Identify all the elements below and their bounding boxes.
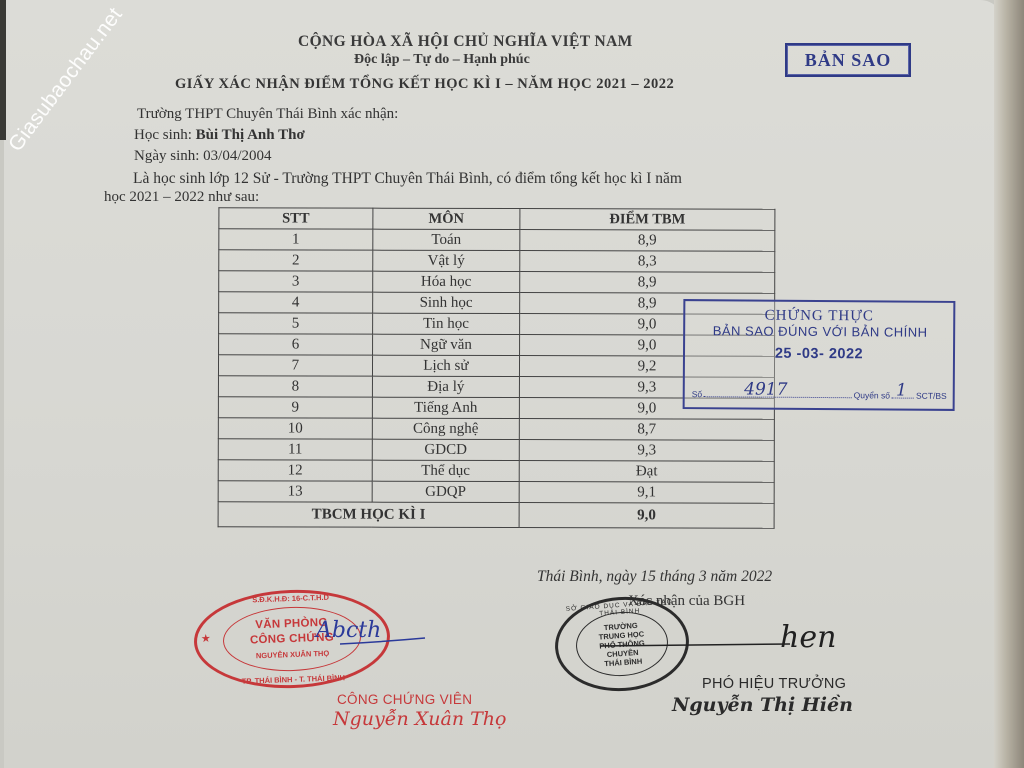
table-row: 1Toán8,9 (219, 229, 775, 251)
cell-stt: 12 (218, 460, 372, 481)
cell-subject: Sinh học (373, 292, 520, 313)
cell-subject: Lịch sử (372, 355, 519, 376)
copy-badge: BẢN SAO (785, 43, 911, 77)
student-line: Học sinh: Bùi Thị Anh Thơ (134, 127, 305, 144)
cell-stt: 6 (219, 334, 373, 355)
place-date: Thái Bình, ngày 15 tháng 3 năm 2022 (537, 568, 772, 586)
certify-date: 25 -03- 2022 (685, 345, 953, 363)
cell-subject: Ngữ văn (372, 334, 519, 355)
certify-book-value: 1 (896, 381, 907, 401)
document-title: GIẤY XÁC NHẬN ĐIỂM TỔNG KẾT HỌC KÌ I – N… (175, 76, 674, 93)
cell-score: Đạt (519, 461, 774, 483)
header-score: ĐIỂM TBM (520, 209, 775, 231)
cell-stt: 9 (218, 397, 372, 418)
cell-stt: 10 (218, 418, 372, 439)
table-row: 3Hóa học8,9 (219, 271, 775, 293)
statement-line-2: học 2021 – 2022 như sau: (104, 189, 259, 206)
cell-subject: Hóa học (373, 271, 520, 292)
statement-line-1: Là học sinh lớp 12 Sử - Trường THPT Chuy… (133, 170, 682, 188)
summary-row: TBCM HỌC KÌ I 9,0 (218, 502, 774, 528)
photo-background-right (994, 0, 1024, 768)
table-row: 13GDQP9,1 (218, 481, 774, 503)
cell-stt: 3 (219, 271, 373, 292)
cell-subject: Toán (373, 229, 520, 250)
certify-suffix: SCT/BS (916, 391, 947, 401)
cell-stt: 1 (219, 229, 373, 250)
summary-label: TBCM HỌC KÌ I (218, 502, 519, 528)
summary-score: 9,0 (519, 503, 774, 529)
certify-book-label: Quyển số (854, 390, 890, 400)
cell-stt: 4 (219, 292, 373, 313)
cell-score: 9,3 (519, 440, 774, 462)
certify-number-label: Số (692, 389, 702, 399)
school-seal-line: THÁI BÌNH (604, 656, 642, 668)
certification-stamp: CHỨNG THỰC BẢN SAO ĐÚNG VỚI BẢN CHÍNH 25… (683, 299, 956, 411)
school-confirm-line: Trường THPT Chuyên Thái Bình xác nhận: (137, 106, 398, 123)
cell-score: 8,3 (520, 251, 775, 273)
student-label: Học sinh: (134, 127, 196, 143)
cell-stt: 5 (219, 313, 373, 334)
signature-stroke (600, 640, 800, 650)
cell-stt: 13 (218, 481, 372, 502)
cell-subject: Địa lý (372, 376, 519, 397)
motto: Độc lập – Tự do – Hạnh phúc (354, 52, 530, 68)
photo-background-left (0, 0, 6, 140)
cell-stt: 11 (218, 439, 372, 460)
table-row: 12Thể dụcĐạt (218, 460, 774, 482)
table-row: 11GDCD9,3 (218, 439, 774, 461)
header-stt: STT (219, 208, 373, 229)
dob-line: Ngày sinh: 03/04/2004 (134, 148, 272, 165)
star-icon: ★ (201, 632, 211, 645)
cell-subject: GDCD (372, 439, 519, 460)
notary-signature-stroke (340, 630, 430, 650)
vice-principal-title: PHÓ HIỆU TRƯỞNG (702, 676, 846, 692)
certify-subtitle: BẢN SAO ĐÚNG VỚI BẢN CHÍNH (687, 323, 953, 340)
cell-subject: Thể dục (372, 460, 519, 481)
notary-title: CÔNG CHỨNG VIÊN (337, 692, 472, 707)
cell-score: 9,1 (519, 482, 774, 504)
header-subject: MÔN (373, 208, 520, 229)
cell-subject: Tiếng Anh (372, 397, 519, 418)
student-name: Bùi Thị Anh Thơ (196, 127, 305, 143)
notary-name: Nguyễn Xuân Thọ (333, 708, 506, 730)
table-header-row: STT MÔN ĐIỂM TBM (219, 208, 775, 230)
cell-stt: 7 (218, 355, 372, 376)
cell-stt: 8 (218, 376, 372, 397)
table-row: 2Vật lý8,3 (219, 250, 775, 272)
cell-score: 8,9 (520, 272, 775, 294)
cell-subject: Tin học (372, 313, 519, 334)
vice-principal-name: Nguyễn Thị Hiền (672, 694, 853, 716)
cell-score: 8,9 (520, 230, 775, 252)
cell-subject: Vật lý (373, 250, 520, 271)
cell-subject: Công nghệ (372, 418, 519, 439)
cell-subject: GDQP (372, 481, 519, 502)
cell-score: 8,7 (519, 419, 774, 441)
certify-number-line: Số 4917 Quyển số 1 SCT/BS (692, 388, 947, 401)
certify-number-value: 4917 (744, 379, 787, 399)
table-row: 10Công nghệ8,7 (218, 418, 774, 440)
nation-heading: CỘNG HÒA XÃ HỘI CHỦ NGHĨA VIỆT NAM (298, 33, 633, 51)
cell-stt: 2 (219, 250, 373, 271)
notary-seal-line3: NGUYỄN XUÂN THỌ (256, 645, 330, 663)
